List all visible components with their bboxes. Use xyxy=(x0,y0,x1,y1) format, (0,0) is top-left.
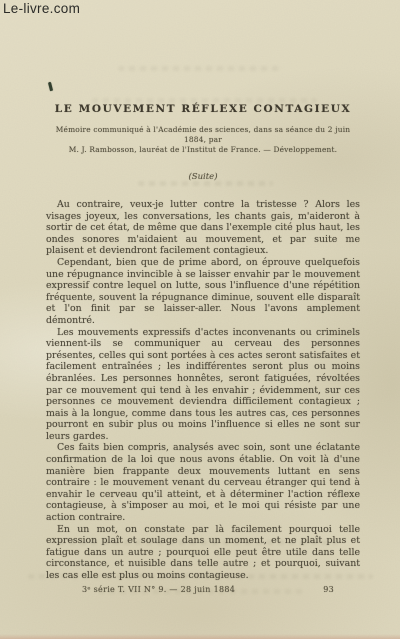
showthrough-smudge xyxy=(118,66,283,71)
page-number: 93 xyxy=(323,585,334,594)
article-subtitle-line1: Mémoire communiqué à l'Académie des scie… xyxy=(46,125,360,145)
article-subtitle-line2: M. J. Rambosson, lauréat de l'Institut d… xyxy=(46,145,360,155)
paragraph: En un mot, on constate par là facilement… xyxy=(46,524,360,582)
article-title: LE MOUVEMENT RÉFLEXE CONTAGIEUX xyxy=(46,103,360,115)
page-content: LE MOUVEMENT RÉFLEXE CONTAGIEUX Mémoire … xyxy=(46,103,360,594)
scanned-book-page: Le-livre.com LE MOUVEMENT RÉFLEXE CONTAG… xyxy=(0,0,400,639)
paragraph: Ces faits bien compris, analysés avec so… xyxy=(46,442,360,523)
ink-blot-mark xyxy=(48,82,53,91)
paragraph: Cependant, bien que de prime abord, on é… xyxy=(46,257,360,327)
paragraph: Au contraire, veux-je lutter contre la t… xyxy=(46,199,360,257)
edition-info: 3ᵉ série T. VII N° 9. — 28 juin 1884 xyxy=(82,585,235,594)
watermark-text: Le-livre.com xyxy=(3,1,80,16)
continuation-label: (Suite) xyxy=(46,172,360,182)
article-body: Au contraire, veux-je lutter contre la t… xyxy=(46,199,360,582)
paragraph: Les mouvements expressifs d'actes inconv… xyxy=(46,327,360,443)
page-footer: 3ᵉ série T. VII N° 9. — 28 juin 1884 93 xyxy=(46,585,360,594)
book-edge-shadow xyxy=(0,634,400,639)
